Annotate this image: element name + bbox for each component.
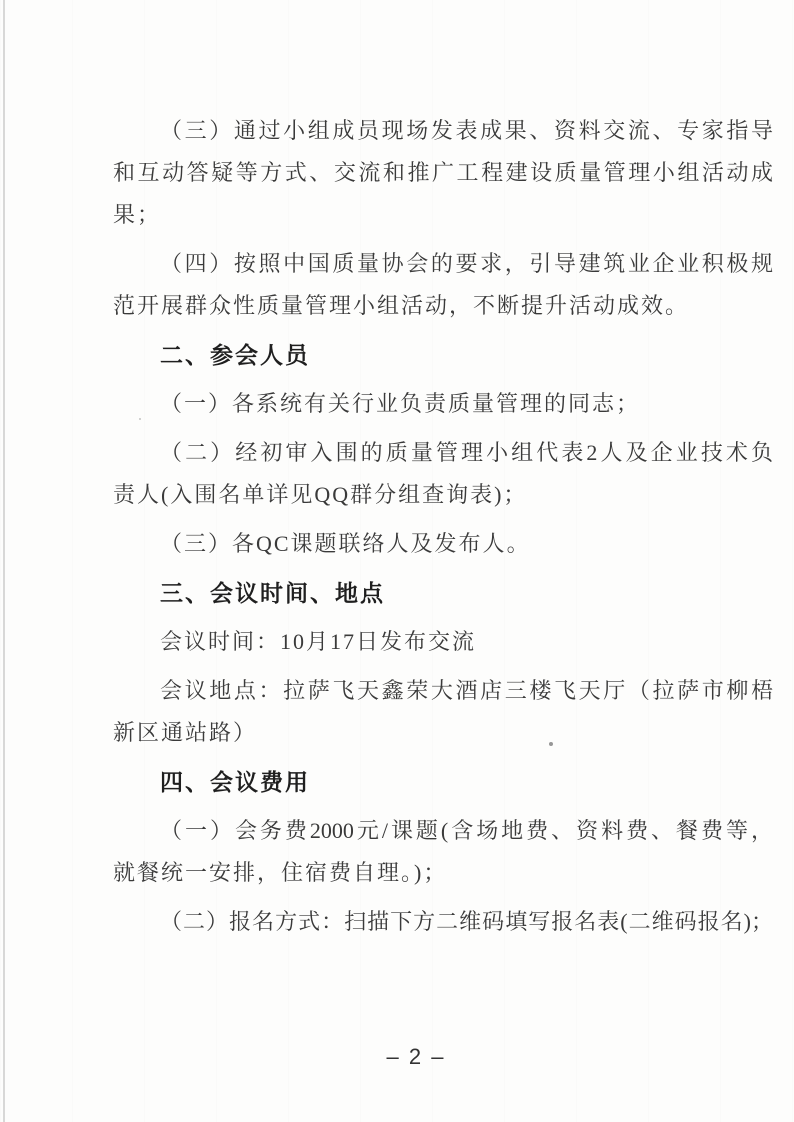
section-heading-time-location: 三、会议时间、地点 <box>113 572 773 614</box>
text-line: 范开展群众性质量管理小组活动，不断提升活动成效。 <box>113 285 773 327</box>
paragraph-meeting-location: 会议地点：拉萨飞天鑫荣大酒店三楼飞天厅（拉萨市柳梧 新区通站路） <box>113 670 773 754</box>
section-heading-fees: 四、会议费用 <box>113 761 773 803</box>
paragraph-meeting-time: 会议时间：10月17日发布交流 <box>113 621 773 663</box>
document-body: （三）通过小组成员现场发表成果、资料交流、专家指导 和互动答疑等方式、交流和推广… <box>113 110 773 950</box>
text-line: （三）通过小组成员现场发表成果、资料交流、专家指导 <box>113 110 773 152</box>
text-line: 会议地点：拉萨飞天鑫荣大酒店三楼飞天厅（拉萨市柳梧 <box>113 670 773 712</box>
text-line: （二）经初审入围的质量管理小组代表2人及企业技术负 <box>113 432 773 474</box>
text-line: （三）各QC课题联络人及发布人。 <box>113 523 773 565</box>
paragraph-attendees-item-2: （二）经初审入围的质量管理小组代表2人及企业技术负 责人(入围名单详见QQ群分组… <box>113 432 773 516</box>
text-line: （一）会务费2000元/课题(含场地费、资料费、餐费等， <box>113 810 773 852</box>
text-line: 和互动答疑等方式、交流和推广工程建设质量管理小组活动成 <box>113 152 773 194</box>
heading-line: 三、会议时间、地点 <box>113 572 773 614</box>
document-page: （三）通过小组成员现场发表成果、资料交流、专家指导 和互动答疑等方式、交流和推广… <box>0 0 794 1122</box>
paragraph-item-4-cqa-requirements: （四）按照中国质量协会的要求，引导建筑业企业积极规 范开展群众性质量管理小组活动… <box>113 243 773 327</box>
text-line: （一）各系统有关行业负责质量管理的同志； <box>113 383 773 425</box>
section-heading-attendees: 二、参会人员 <box>113 334 773 376</box>
scan-edge-artifact <box>3 0 5 1122</box>
paragraph-item-3-results-presentation: （三）通过小组成员现场发表成果、资料交流、专家指导 和互动答疑等方式、交流和推广… <box>113 110 773 236</box>
paragraph-attendees-item-1: （一）各系统有关行业负责质量管理的同志； <box>113 383 773 425</box>
text-line: （二）报名方式：扫描下方二维码填写报名表(二维码报名)； <box>113 901 773 943</box>
text-line: （四）按照中国质量协会的要求，引导建筑业企业积极规 <box>113 243 773 285</box>
paragraph-attendees-item-3: （三）各QC课题联络人及发布人。 <box>113 523 773 565</box>
text-line: 就餐统一安排，住宿费自理。)； <box>113 852 773 894</box>
paragraph-fee-item-1: （一）会务费2000元/课题(含场地费、资料费、餐费等， 就餐统一安排，住宿费自… <box>113 810 773 894</box>
paragraph-fee-item-2-registration: （二）报名方式：扫描下方二维码填写报名表(二维码报名)； <box>113 901 773 943</box>
heading-line: 四、会议费用 <box>113 761 773 803</box>
text-line: 责人(入围名单详见QQ群分组查询表)； <box>113 474 773 516</box>
text-line: 会议时间：10月17日发布交流 <box>113 621 773 663</box>
heading-line: 二、参会人员 <box>113 334 773 376</box>
text-line: 果； <box>113 194 773 236</box>
page-number: – 2 – <box>0 1042 794 1072</box>
text-line: 新区通站路） <box>113 712 773 754</box>
